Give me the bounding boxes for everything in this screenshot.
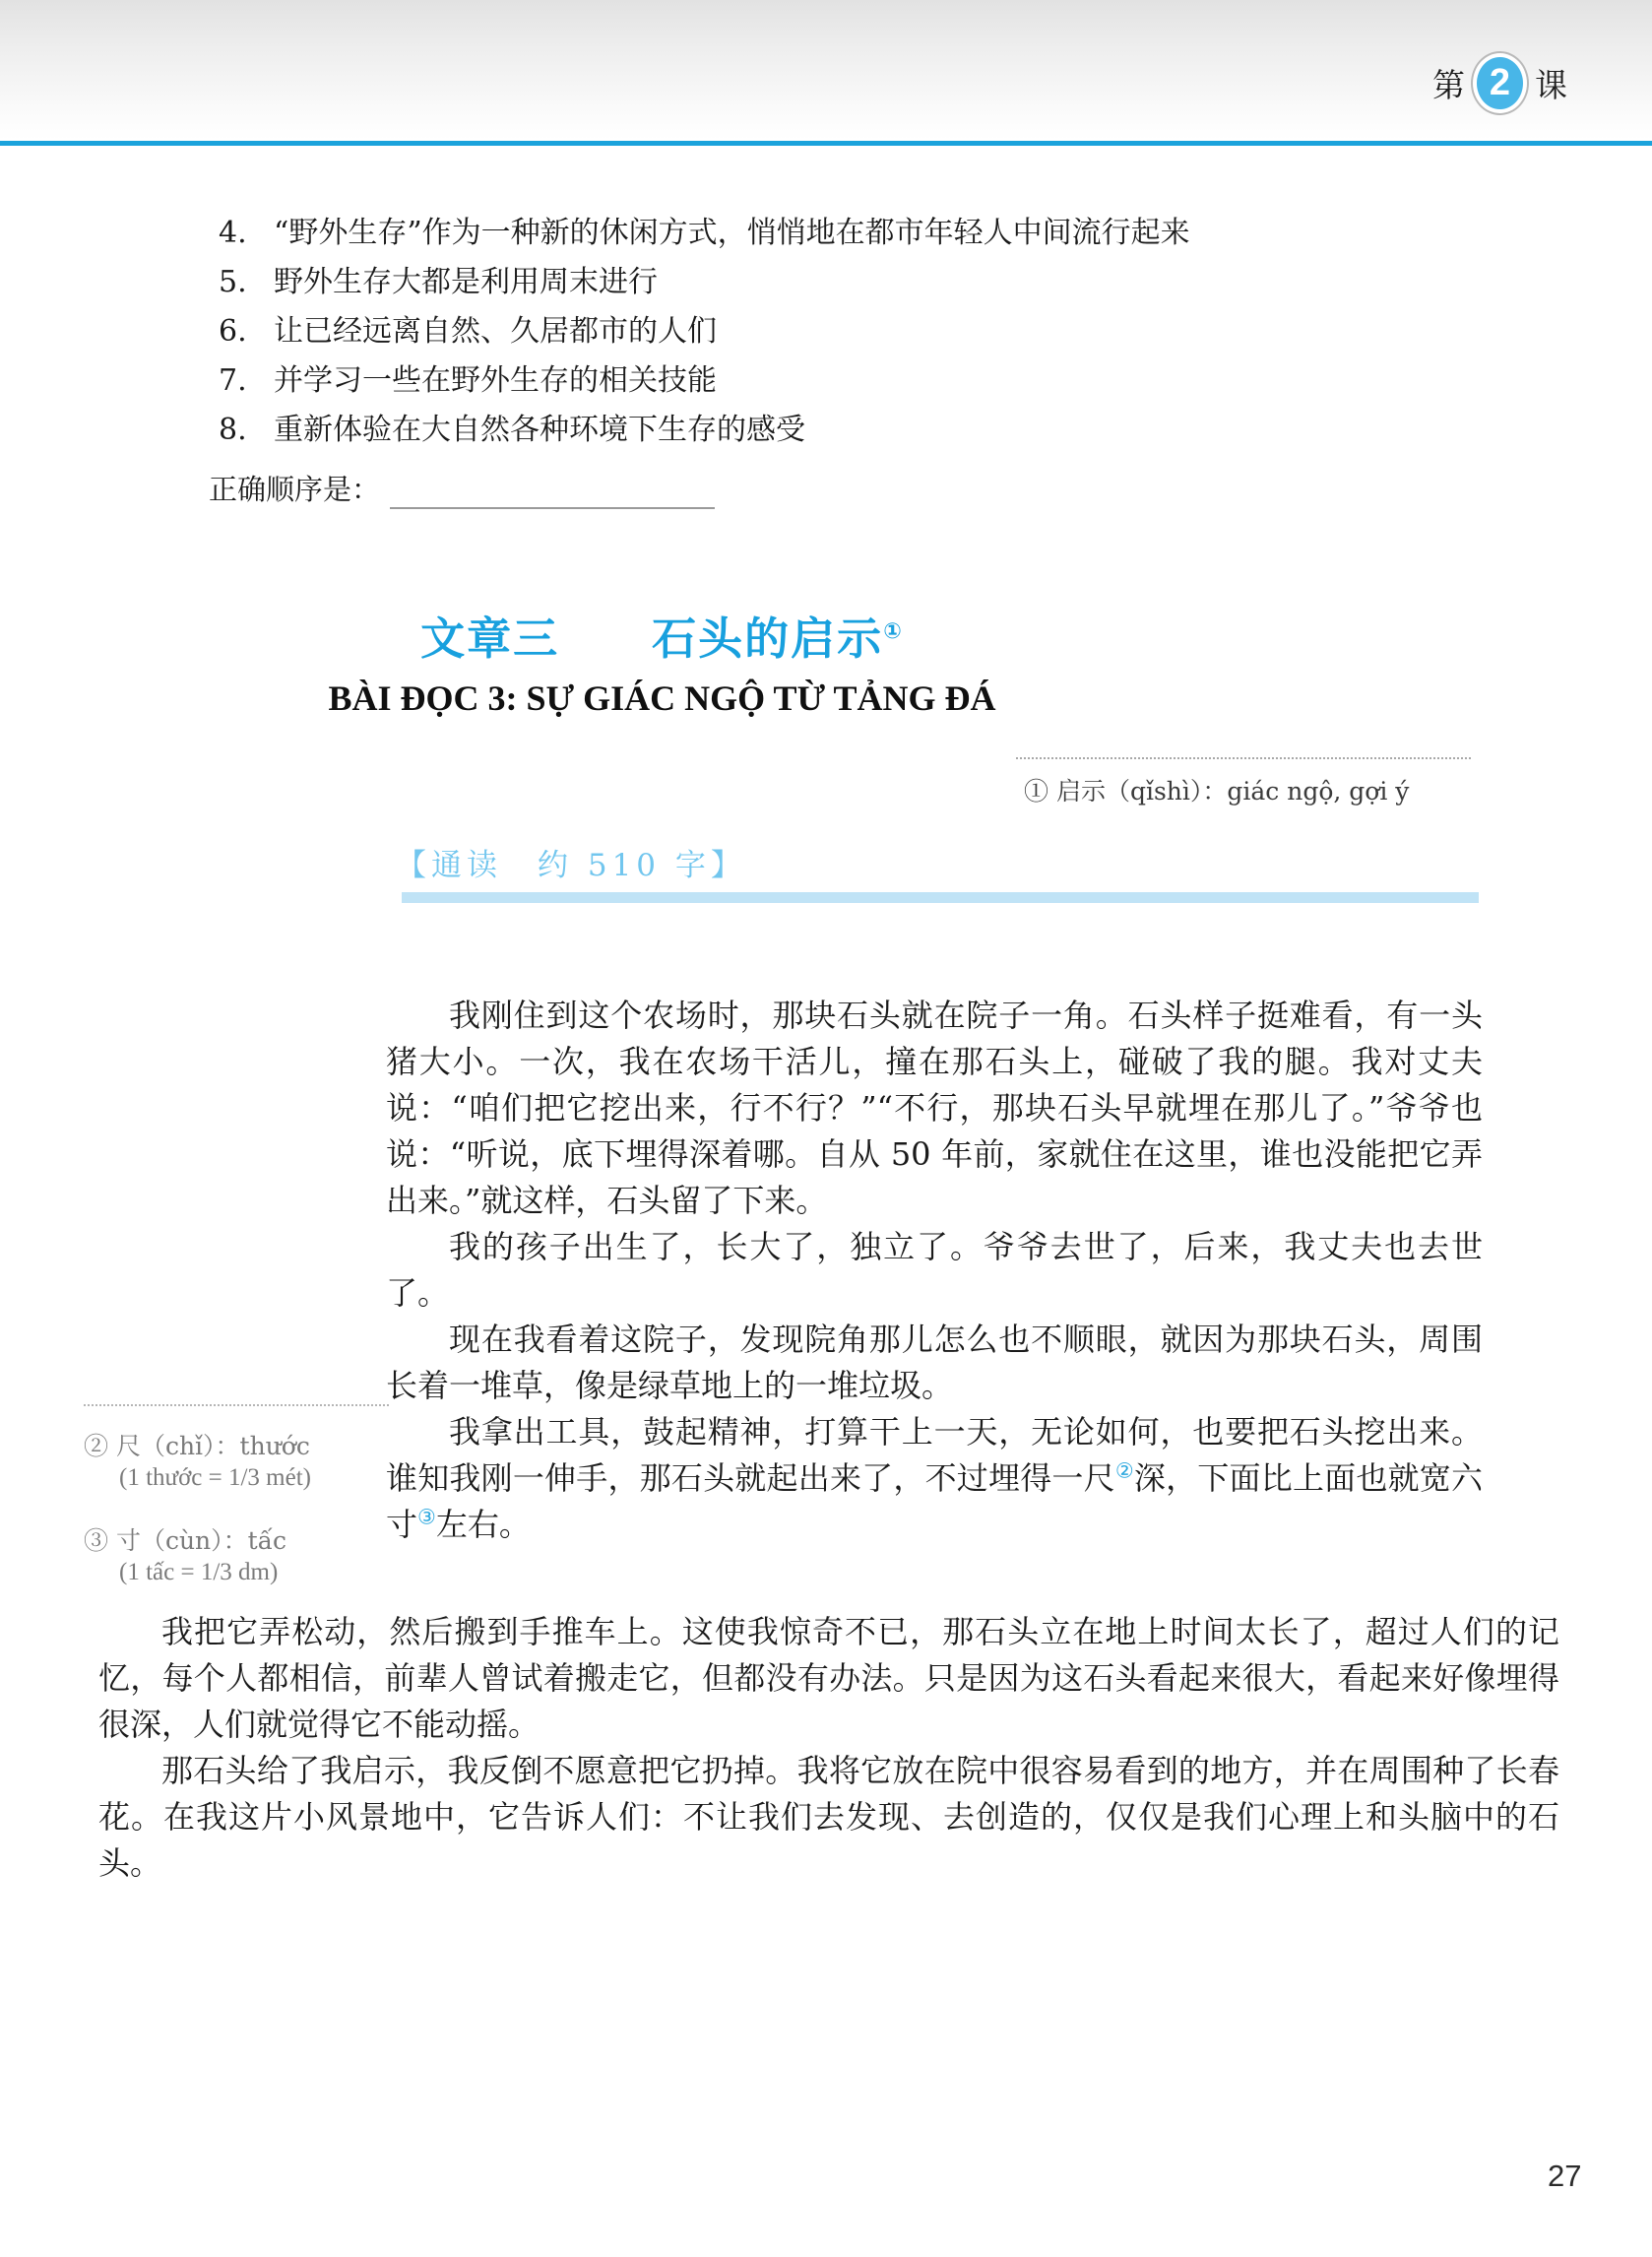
footnote-dotted-rule bbox=[1016, 757, 1471, 759]
paragraph: 我把它弄松动，然后搬到手推车上。这使我惊奇不已，那石头立在地上时间太长了，超过人… bbox=[98, 1609, 1559, 1748]
exercise-item-text: 让已经远离自然、久居都市的人们 bbox=[274, 307, 1528, 356]
exercise-item-text: 重新体验在大自然各种环境下生存的感受 bbox=[274, 406, 1528, 455]
exercise-item-text: 并学习一些在野外生存的相关技能 bbox=[274, 356, 1528, 406]
glossary-note: ③ 寸（cùn）：tấc(1 tấc = 1/3 dm) bbox=[84, 1524, 389, 1587]
exercise-item: 4.“野外生存”作为一种新的休闲方式，悄悄地在都市年轻人中间流行起来 bbox=[219, 209, 1528, 258]
textbook-page: 第 2 课 4.“野外生存”作为一种新的休闲方式，悄悄地在都市年轻人中间流行起来… bbox=[0, 0, 1652, 2257]
page-header-band: 第 2 课 bbox=[0, 0, 1652, 146]
exercise-item: 7.并学习一些在野外生存的相关技能 bbox=[219, 356, 1528, 406]
lesson-number-badge: 第 2 课 bbox=[1432, 57, 1567, 109]
reading-title-zh: 文章三 石头的启示① bbox=[0, 603, 1324, 667]
answer-prompt: 正确顺序是： bbox=[209, 473, 380, 506]
reading-body-fullwidth: 我把它弄松动，然后搬到手推车上。这使我惊奇不已，那石头立在地上时间太长了，超过人… bbox=[98, 1609, 1559, 1887]
exercise-item-text: 野外生存大都是利用周末进行 bbox=[274, 258, 1528, 307]
reading-title-text: 文章三 石头的启示 bbox=[420, 613, 883, 664]
paragraph: 那石头给了我启示，我反倒不愿意把它扔掉。我将它放在院中很容易看到的地方，并在周围… bbox=[98, 1748, 1559, 1887]
glossary-term: ③ 寸（cùn）：tấc bbox=[84, 1524, 389, 1557]
page-number: 27 bbox=[1548, 2159, 1581, 2194]
section-underline-bar bbox=[402, 892, 1479, 903]
reading-body-indented: 我刚住到这个农场时，那块石头就在院子一角。石头样子挺难看，有一头猪大小。一次，我… bbox=[386, 993, 1483, 1548]
paragraph: 我拿出工具，鼓起精神，打算干上一天，无论如何，也要把石头挖出来。谁知我刚一伸手，… bbox=[386, 1409, 1483, 1548]
exercise-item-number: 4. bbox=[219, 209, 274, 258]
exercise-item-number: 7. bbox=[219, 356, 274, 406]
lesson-suffix: 课 bbox=[1535, 60, 1567, 106]
footnote-marker: ② bbox=[1115, 1458, 1134, 1482]
side-glossary: ② 尺（chǐ）：thước(1 thước = 1/3 mét)③ 寸（cùn… bbox=[84, 1404, 389, 1619]
exercise-item-number: 8. bbox=[219, 406, 274, 455]
footnote-definition: ① 启示（qǐshì）：giác ngộ, gợi ý bbox=[1024, 774, 1487, 809]
exercise-item-list: 4.“野外生存”作为一种新的休闲方式，悄悄地在都市年轻人中间流行起来5.野外生存… bbox=[219, 209, 1528, 455]
exercise-item-text: “野外生存”作为一种新的休闲方式，悄悄地在都市年轻人中间流行起来 bbox=[274, 209, 1528, 258]
glossary-detail: (1 tấc = 1/3 dm) bbox=[119, 1557, 389, 1587]
exercise-item: 8.重新体验在大自然各种环境下生存的感受 bbox=[219, 406, 1528, 455]
footnote-marker: ③ bbox=[417, 1505, 436, 1528]
paragraph: 现在我看着这院子，发现院角那儿怎么也不顺眼，就因为那块石头，周围长着一堆草，像是… bbox=[386, 1317, 1483, 1409]
reading-title-vi: BÀI ĐỌC 3: SỰ GIÁC NGỘ TỪ TẢNG ĐÁ bbox=[0, 677, 1324, 719]
exercise-item: 6.让已经远离自然、久居都市的人们 bbox=[219, 307, 1528, 356]
lesson-prefix: 第 bbox=[1432, 60, 1465, 106]
section-label: 【通读 约 510 字】 bbox=[396, 840, 746, 884]
answer-blank bbox=[390, 476, 715, 509]
glossary-note: ② 尺（chǐ）：thước(1 thước = 1/3 mét) bbox=[84, 1430, 389, 1493]
exercise-item-number: 5. bbox=[219, 258, 274, 307]
footnote-marker: ① bbox=[883, 618, 904, 643]
answer-line: 正确顺序是： bbox=[209, 470, 715, 509]
side-glossary-items: ② 尺（chǐ）：thước(1 thước = 1/3 mét)③ 寸（cùn… bbox=[84, 1430, 389, 1587]
exercise-item: 5.野外生存大都是利用周末进行 bbox=[219, 258, 1528, 307]
side-glossary-dotted-rule bbox=[84, 1404, 389, 1406]
glossary-term: ② 尺（chǐ）：thước bbox=[84, 1430, 389, 1462]
glossary-detail: (1 thước = 1/3 mét) bbox=[119, 1462, 389, 1493]
paragraph: 我的孩子出生了，长大了，独立了。爷爷去世了，后来，我丈夫也去世了。 bbox=[386, 1224, 1483, 1317]
paragraph: 我刚住到这个农场时，那块石头就在院子一角。石头样子挺难看，有一头猪大小。一次，我… bbox=[386, 993, 1483, 1224]
exercise-item-number: 6. bbox=[219, 307, 274, 356]
lesson-number-circle: 2 bbox=[1477, 57, 1523, 109]
